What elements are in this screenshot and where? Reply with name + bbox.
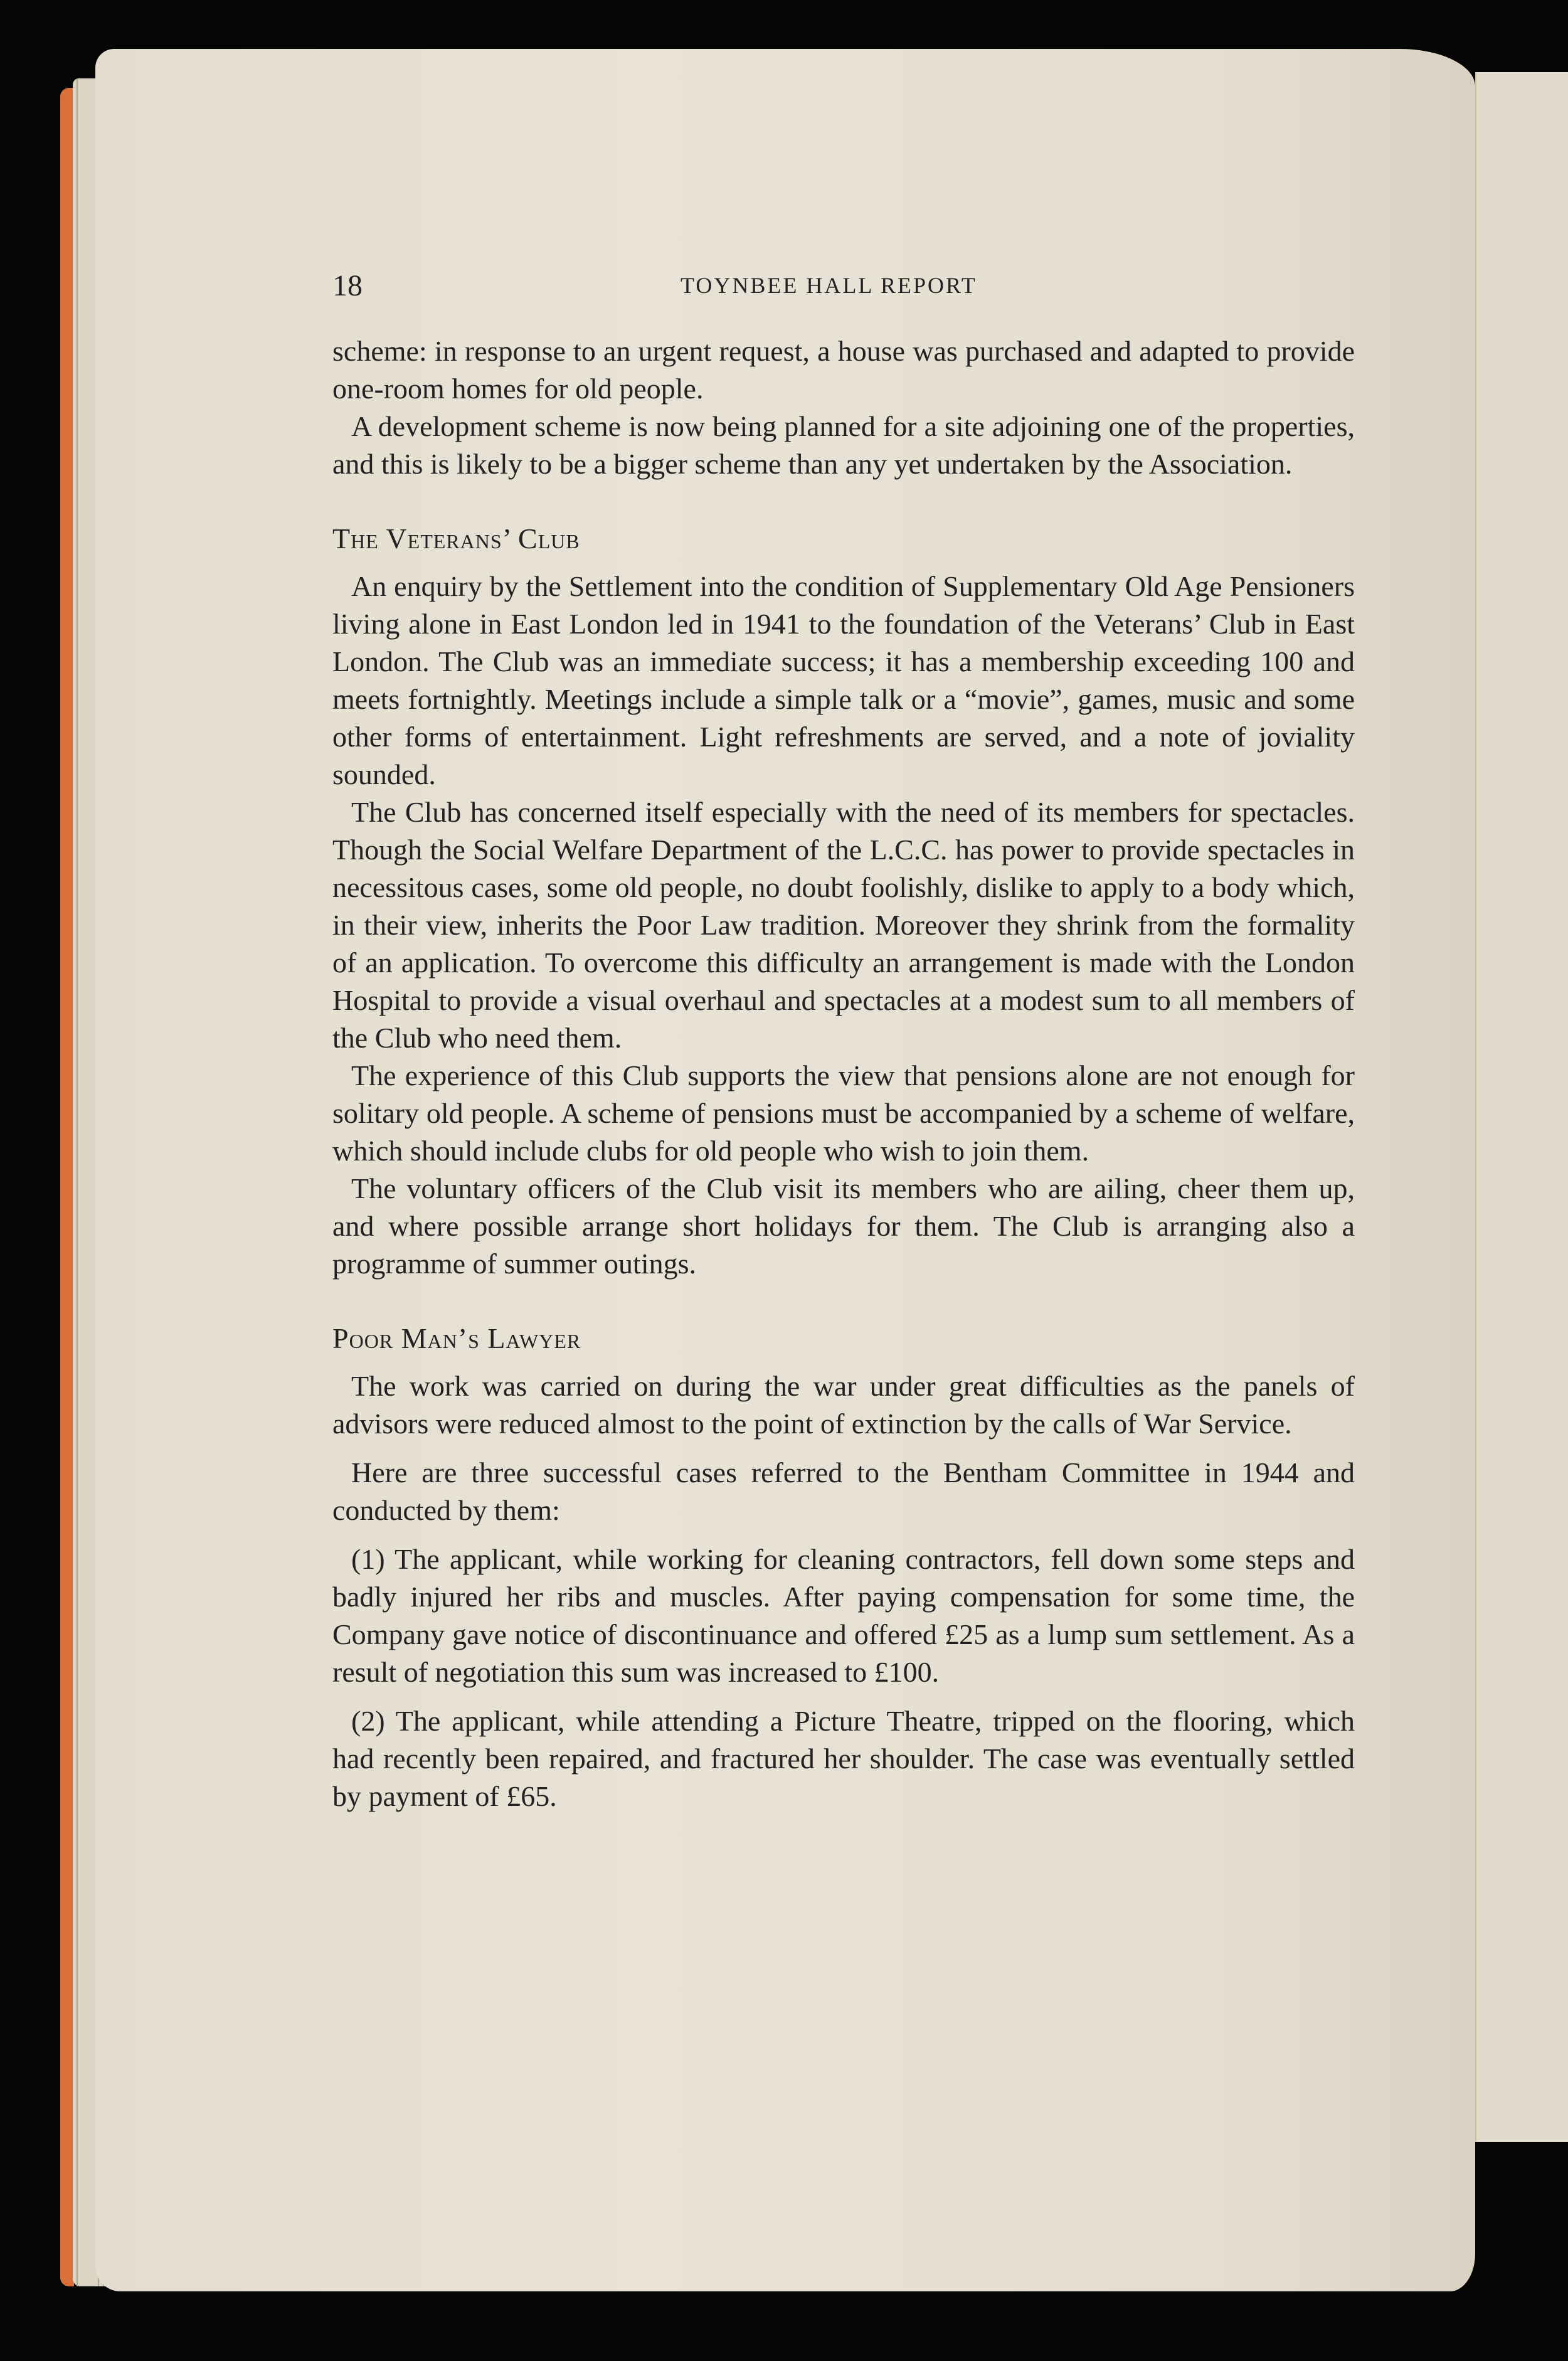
page-number: 18 [332, 268, 363, 303]
book-cover-edge [60, 88, 74, 2286]
page-content: 18 TOYNBEE HALL REPORT scheme: in respon… [332, 263, 1355, 1815]
page-edge-line [77, 78, 78, 2286]
paragraph: A development scheme is now being planne… [332, 408, 1355, 483]
paragraph: The Club has concerned itself especially… [332, 793, 1355, 1057]
paragraph: The voluntary officers of the Club visit… [332, 1170, 1355, 1283]
paragraph: The experience of this Club supports the… [332, 1057, 1355, 1170]
paragraph: The work was carried on during the war u… [332, 1367, 1355, 1443]
paragraph: An enquiry by the Settlement into the co… [332, 568, 1355, 793]
running-title: TOYNBEE HALL REPORT [681, 272, 977, 299]
case-paragraph: (1) The applicant, while working for cle… [332, 1541, 1355, 1691]
running-head: 18 TOYNBEE HALL REPORT [332, 263, 1355, 307]
section-heading-poor-mans-lawyer: Poor Man’s Lawyer [332, 1322, 1355, 1355]
facing-page-edge [1475, 72, 1568, 2142]
paragraph: scheme: in response to an urgent request… [332, 332, 1355, 408]
paragraph: Here are three successful cases referred… [332, 1454, 1355, 1529]
section-heading-veterans-club: The Veterans’ Club [332, 522, 1355, 555]
case-paragraph: (2) The applicant, while attending a Pic… [332, 1702, 1355, 1815]
